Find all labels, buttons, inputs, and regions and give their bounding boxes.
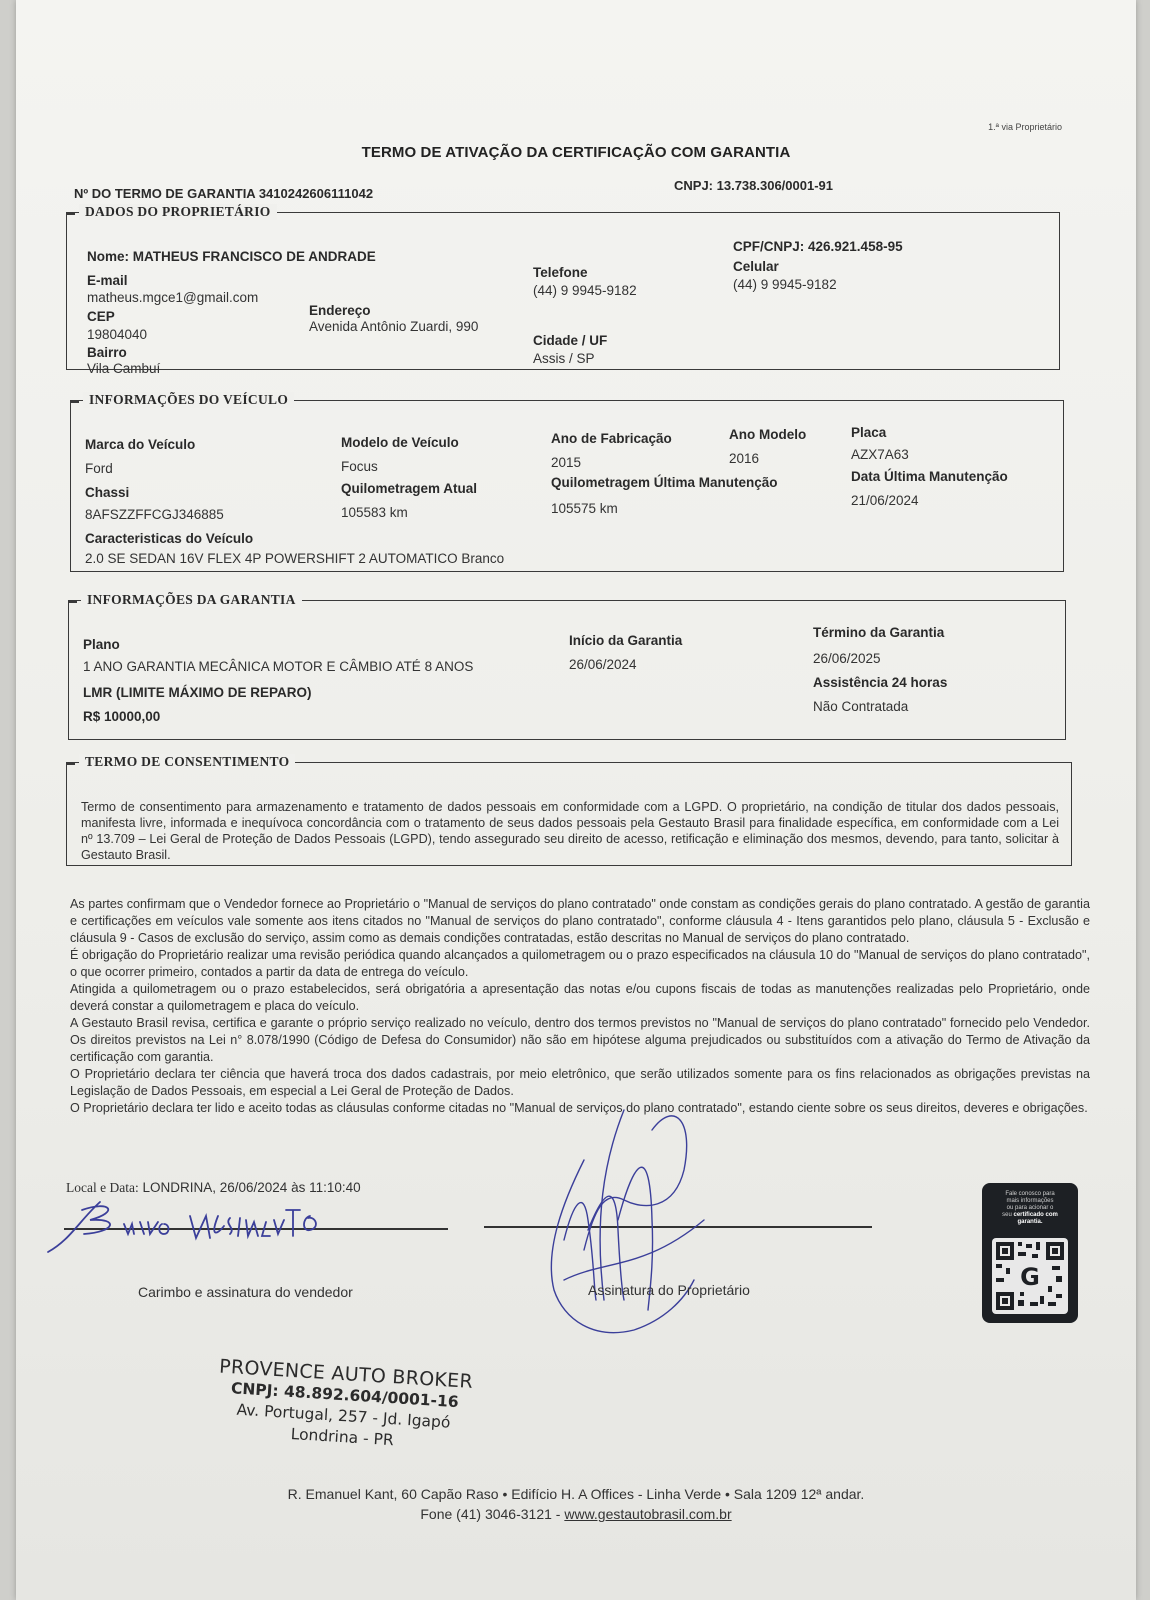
qr-text-bold: certificado com	[1013, 1212, 1057, 1218]
plate-label: Placa	[851, 425, 886, 440]
seller-stamp: PROVENCE AUTO BROKER CNPJ: 48.892.604/00…	[207, 1355, 482, 1456]
document-title: TERMO DE ATIVAÇÃO DA CERTIFICAÇÃO COM GA…	[16, 144, 1136, 161]
owner-section: DADOS DO PROPRIETÁRIO Nome: MATHEUS FRAN…	[66, 212, 1060, 370]
qr-text-line: ou para acionar o	[982, 1205, 1078, 1212]
copy-label: 1.ª via Proprietário	[988, 122, 1062, 132]
district-label: Bairro	[87, 345, 127, 360]
model-year-value: 2016	[729, 451, 759, 466]
city-label: Cidade / UF	[533, 333, 607, 348]
address-value: Avenida Antônio Zuardi, 990	[309, 319, 478, 334]
assistance-label: Assistência 24 horas	[813, 675, 947, 690]
consent-text: Termo de consentimento para armazenament…	[81, 799, 1059, 863]
vehicle-section: INFORMAÇÕES DO VEÍCULO Marca do Veículo …	[70, 400, 1064, 572]
owner-signature	[524, 1100, 744, 1340]
email-value: matheus.mgce1@gmail.com	[87, 290, 258, 305]
svg-text:G: G	[1020, 1263, 1040, 1291]
qr-text-line: mais informações	[982, 1198, 1078, 1205]
last-service-date-value: 21/06/2024	[851, 493, 919, 508]
assistance-value: Não Contratada	[813, 699, 908, 714]
footer-address: R. Emanuel Kant, 60 Capão Raso • Edifíci…	[16, 1486, 1136, 1502]
qr-code-icon[interactable]: G	[992, 1238, 1068, 1314]
owner-cpf: CPF/CNPJ: 426.921.458-95	[733, 239, 903, 254]
seller-signature	[40, 1190, 380, 1260]
lmr-label: LMR (LIMITE MÁXIMO DE REPARO)	[83, 685, 312, 700]
qr-text-line: Fale conosco para	[982, 1191, 1078, 1198]
clause-paragraph: É obrigação do Proprietário realizar uma…	[70, 947, 1090, 981]
features-label: Caracteristicas do Veículo	[85, 531, 253, 546]
brand-label: Marca do Veículo	[85, 437, 195, 452]
mobile-value: (44) 9 9945-9182	[733, 277, 837, 292]
clause-paragraph: Atingida a quilometragem ou o prazo esta…	[70, 981, 1090, 1015]
city-value: Assis / SP	[533, 351, 595, 366]
model-label: Modelo de Veículo	[341, 435, 459, 450]
phone-value: (44) 9 9945-9182	[533, 283, 637, 298]
qr-card-text: Fale conosco para mais informações ou pa…	[982, 1183, 1078, 1226]
chassis-label: Chassi	[85, 485, 129, 500]
company-cnpj: CNPJ: 13.738.306/0001-91	[674, 178, 833, 193]
phone-label: Telefone	[533, 265, 588, 280]
clauses-block: As partes confirmam que o Vendedor forne…	[70, 896, 1090, 1117]
year-built-value: 2015	[551, 455, 581, 470]
warranty-section-title: INFORMAÇÕES DA GARANTIA	[81, 592, 302, 608]
seller-signature-caption: Carimbo e assinatura do vendedor	[138, 1284, 353, 1300]
mileage-value: 105583 km	[341, 505, 408, 520]
model-value: Focus	[341, 459, 378, 474]
plan-label: Plano	[83, 637, 120, 652]
qr-text-bold: garantia.	[1017, 1219, 1042, 1225]
model-year-label: Ano Modelo	[729, 427, 806, 442]
last-service-date-label: Data Última Manutenção	[851, 469, 1008, 484]
consent-section-title: TERMO DE CONSENTIMENTO	[79, 754, 295, 770]
qr-text-line: seu certificado com	[982, 1212, 1078, 1219]
end-label: Término da Garantia	[813, 625, 944, 640]
qr-text-prefix: seu	[1002, 1212, 1013, 1218]
end-value: 26/06/2025	[813, 651, 881, 666]
term-number: Nº DO TERMO DE GARANTIA 3410242606111042	[74, 186, 373, 201]
brand-value: Ford	[85, 461, 113, 476]
footer-contact: Fone (41) 3046-3121 - www.gestautobrasil…	[16, 1506, 1136, 1522]
year-built-label: Ano de Fabricação	[551, 431, 672, 446]
start-label: Início da Garantia	[569, 633, 682, 648]
email-label: E-mail	[87, 273, 128, 288]
consent-section: TERMO DE CONSENTIMENTO Termo de consenti…	[66, 762, 1072, 866]
cep-value: 19804040	[87, 327, 147, 342]
qr-text-line: garantia.	[982, 1219, 1078, 1226]
footer-phone: Fone (41) 3046-3121 -	[420, 1506, 564, 1522]
qr-contact-card[interactable]: Fale conosco para mais informações ou pa…	[982, 1183, 1078, 1323]
start-value: 26/06/2024	[569, 657, 637, 672]
address-label: Endereço	[309, 303, 371, 318]
clause-paragraph: O Proprietário declara ter ciência que h…	[70, 1066, 1090, 1100]
footer-website-link[interactable]: www.gestautobrasil.com.br	[564, 1506, 731, 1522]
mobile-label: Celular	[733, 259, 779, 274]
chassis-value: 8AFSZZFFCGJ346885	[85, 507, 224, 522]
owner-signature-caption: Assinatura do Proprietário	[588, 1282, 750, 1298]
document-page: 1.ª via Proprietário TERMO DE ATIVAÇÃO D…	[16, 0, 1136, 1600]
vehicle-section-title: INFORMAÇÕES DO VEÍCULO	[83, 392, 294, 408]
clause-paragraph: A Gestauto Brasil revisa, certifica e ga…	[70, 1015, 1090, 1066]
last-service-mileage-label: Quilometragem Última Manutenção	[551, 475, 778, 490]
features-value: 2.0 SE SEDAN 16V FLEX 4P POWERSHIFT 2 AU…	[85, 551, 504, 566]
plan-value: 1 ANO GARANTIA MECÂNICA MOTOR E CÂMBIO A…	[83, 659, 473, 674]
district-value: Vila Cambuí	[87, 361, 160, 376]
last-service-mileage-value: 105575 km	[551, 501, 618, 516]
lmr-value: R$ 10000,00	[83, 709, 160, 724]
mileage-label: Quilometragem Atual	[341, 481, 477, 496]
cep-label: CEP	[87, 309, 115, 324]
owner-section-title: DADOS DO PROPRIETÁRIO	[79, 204, 277, 220]
plate-value: AZX7A63	[851, 447, 909, 462]
owner-name: Nome: MATHEUS FRANCISCO DE ANDRADE	[87, 249, 376, 264]
clause-paragraph: As partes confirmam que o Vendedor forne…	[70, 896, 1090, 947]
warranty-section: INFORMAÇÕES DA GARANTIA Plano 1 ANO GARA…	[68, 600, 1066, 740]
